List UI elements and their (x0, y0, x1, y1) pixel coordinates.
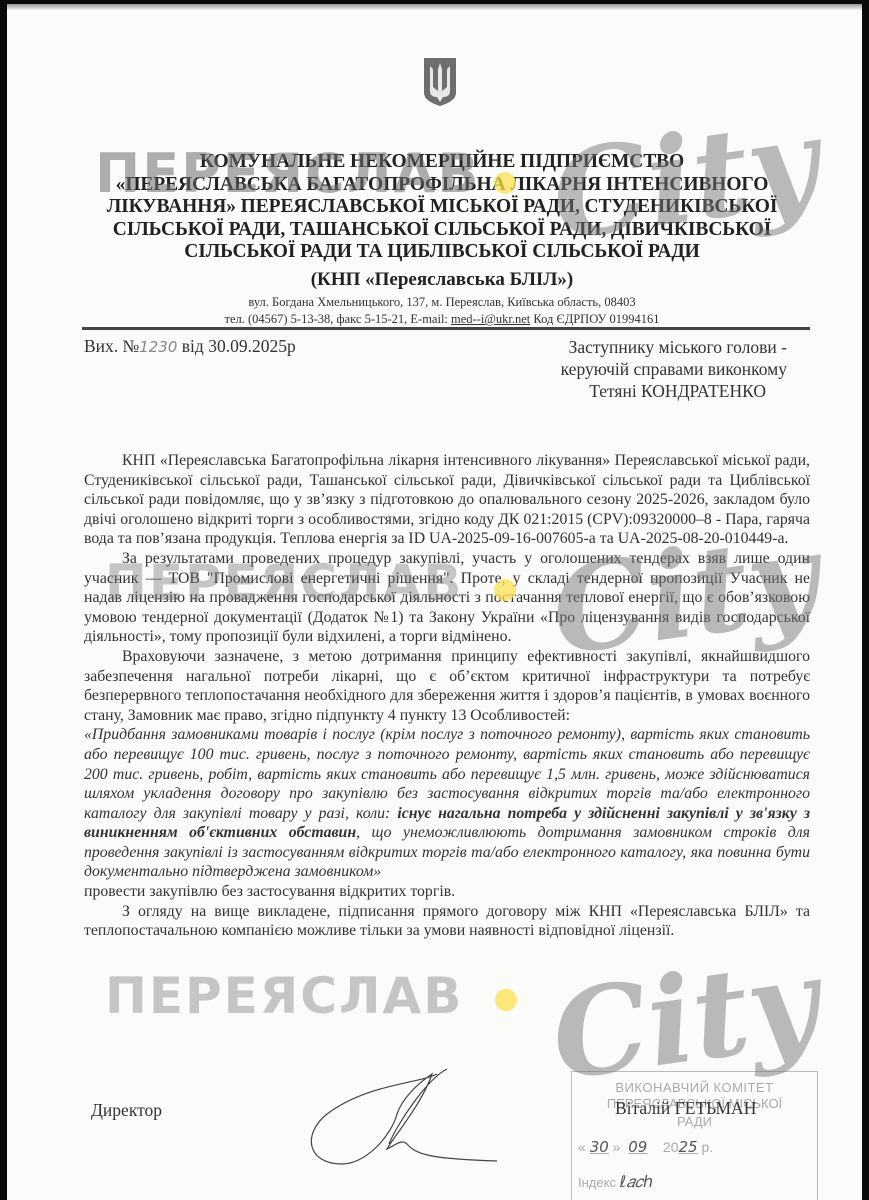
letter-page: КОМУНАЛЬНЕ НЕКОМЕРЦІЙНЕ ПІДПРИЄМСТВО «ПЕ… (7, 4, 862, 1200)
legal-quote: «Придбання замовниками товарів і послуг … (84, 725, 810, 882)
paragraph-1: КНП «Переяславська Багатопрофільна лікар… (84, 451, 810, 549)
organization-short-name: (КНП «Переяславська БЛІЛ») (67, 269, 817, 291)
header-divider (82, 327, 810, 330)
organization-name: КОМУНАЛЬНЕ НЕКОМЕРЦІЙНЕ ПІДПРИЄМСТВО «ПЕ… (67, 151, 817, 264)
watermark-text: ПЕРЕЯСЛАВ (105, 967, 463, 1025)
paragraph-4: провести закупівлю без застосування відк… (84, 882, 810, 902)
watermark-dot (494, 579, 516, 601)
organization-contacts: тел. (04567) 5-13-38, факс 5-15-21, E-ma… (67, 311, 817, 328)
email-link[interactable]: med--i@ukr.net (451, 312, 530, 326)
outgoing-number: Вих. №1230 від 30.09.2025р (84, 336, 296, 357)
paragraph-2: За результатами проведених процедур заку… (84, 549, 810, 647)
handwritten-number: 1230 (139, 338, 177, 356)
watermark-dot (494, 172, 516, 194)
stamp-index: Індекс ℓ𝑎𝑐ℎ (578, 1172, 653, 1192)
trident-emblem-icon (423, 57, 457, 107)
paragraph-5: З огляду на вище викладене, підписання п… (84, 902, 810, 941)
registration-stamp: ВИКОНАВЧИЙ КОМІТЕТ ПЕРЕЯСЛАВСЬКОЇ МІСЬКО… (571, 1071, 818, 1200)
handwritten-signature-icon (297, 1064, 507, 1174)
scan-edge (7, 4, 862, 10)
paragraph-3: Враховуючи зазначене, з метою дотримання… (84, 647, 810, 725)
letter-body: КНП «Переяславська Багатопрофільна лікар… (84, 451, 810, 941)
organization-address: вул. Богдана Хмельницького, 137, м. Пере… (67, 294, 817, 328)
addressee-block: Заступнику міського голови - керуючій сп… (561, 336, 787, 402)
signer-name: Віталій ГЕТЬМАН (615, 1098, 756, 1119)
signer-position: Директор (91, 1100, 162, 1121)
watermark-dot (495, 989, 517, 1011)
stamp-date: « 30 » 09 2025 р. (578, 1138, 713, 1156)
